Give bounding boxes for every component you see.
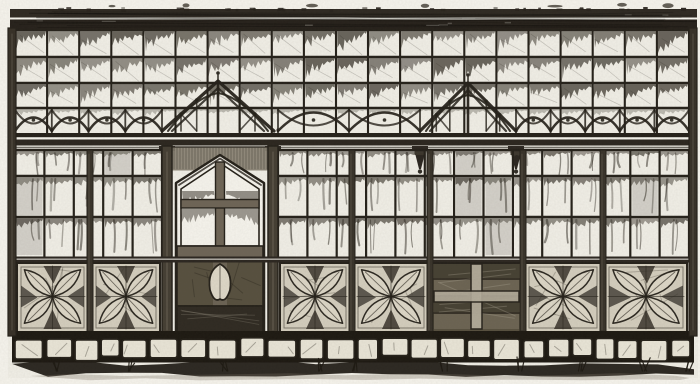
engraving-svg (0, 0, 700, 384)
grain-texture-overlay (0, 0, 700, 384)
greenhouse-engraving-figure (0, 0, 700, 384)
